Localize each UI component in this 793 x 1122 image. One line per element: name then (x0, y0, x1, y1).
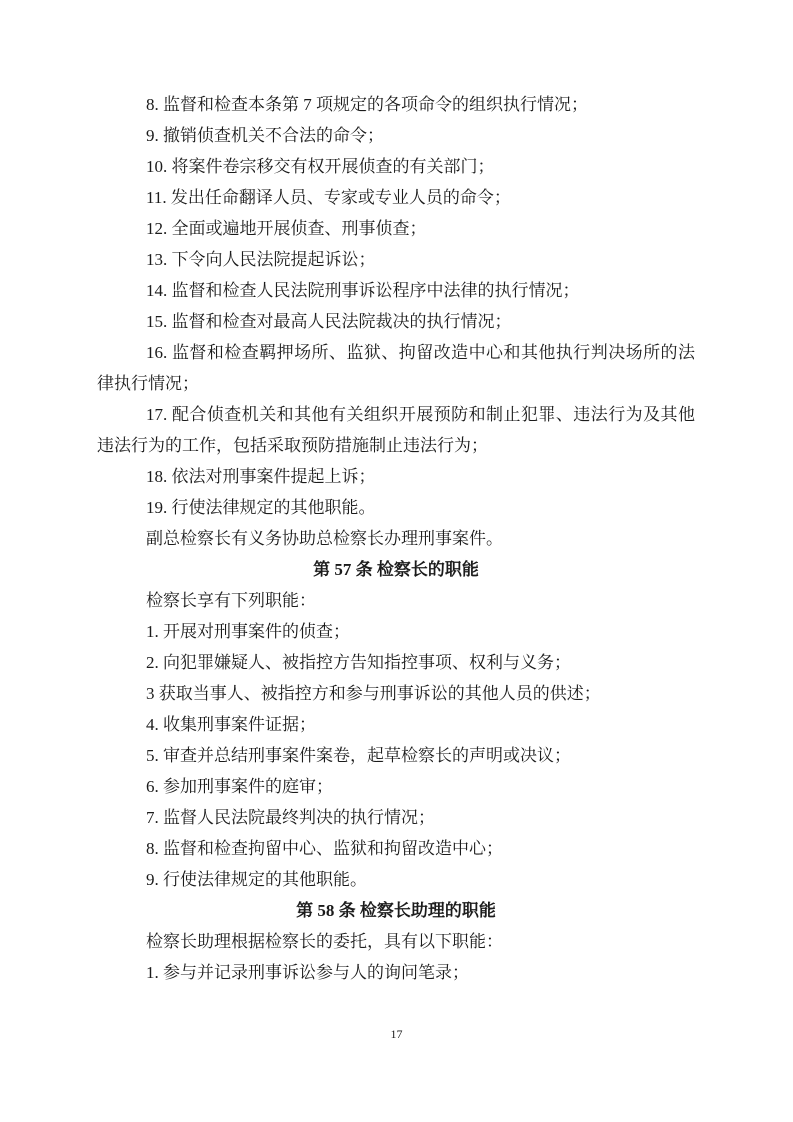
article-57-item-6: 6. 参加刑事案件的庭审； (97, 771, 695, 802)
document-page: 8. 监督和检查本条第 7 项规定的各项命令的组织执行情况； 9. 撤销侦查机关… (0, 0, 793, 1122)
article-57-item-8: 8. 监督和检查拘留中心、监狱和拘留改造中心； (97, 833, 695, 864)
article-57-item-2: 2. 向犯罪嫌疑人、被指控方告知指控事项、权利与义务； (97, 647, 695, 678)
list-item-13: 13. 下令向人民法院提起诉讼； (97, 244, 695, 275)
article-58-intro: 检察长助理根据检察长的委托，具有以下职能： (97, 926, 695, 957)
article-57-item-5: 5. 审查并总结刑事案件案卷，起草检察长的声明或决议； (97, 740, 695, 771)
article-57-heading: 第 57 条 检察长的职能 (97, 554, 695, 585)
list-item-8: 8. 监督和检查本条第 7 项规定的各项命令的组织执行情况； (97, 89, 695, 120)
list-item-14: 14. 监督和检查人民法院刑事诉讼程序中法律的执行情况； (97, 275, 695, 306)
list-item-16: 16. 监督和检查羁押场所、监狱、拘留改造中心和其他执行判决场所的法律执行情况； (97, 337, 695, 399)
document-body: 8. 监督和检查本条第 7 项规定的各项命令的组织执行情况； 9. 撤销侦查机关… (97, 89, 695, 988)
article-57-item-7: 7. 监督人民法院最终判决的执行情况； (97, 802, 695, 833)
article-57-item-1: 1. 开展对刑事案件的侦查； (97, 616, 695, 647)
closing-sentence-deputy-prosecutor: 副总检察长有义务协助总检察长办理刑事案件。 (97, 523, 695, 554)
article-57-item-9: 9. 行使法律规定的其他职能。 (97, 864, 695, 895)
article-57-item-4: 4. 收集刑事案件证据； (97, 709, 695, 740)
article-58-item-1: 1. 参与并记录刑事诉讼参与人的询问笔录； (97, 957, 695, 988)
list-item-11: 11. 发出任命翻译人员、专家或专业人员的命令； (97, 182, 695, 213)
list-item-18: 18. 依法对刑事案件提起上诉； (97, 461, 695, 492)
article-58-heading: 第 58 条 检察长助理的职能 (97, 895, 695, 926)
list-item-15: 15. 监督和检查对最高人民法院裁决的执行情况； (97, 306, 695, 337)
list-item-10: 10. 将案件卷宗移交有权开展侦查的有关部门； (97, 151, 695, 182)
list-item-17: 17. 配合侦查机关和其他有关组织开展预防和制止犯罪、违法行为及其他违法行为的工… (97, 399, 695, 461)
article-57-item-3: 3 获取当事人、被指控方和参与刑事诉讼的其他人员的供述； (97, 678, 695, 709)
article-57-intro: 检察长享有下列职能： (97, 585, 695, 616)
page-number: 17 (0, 1026, 793, 1042)
list-item-9: 9. 撤销侦查机关不合法的命令； (97, 120, 695, 151)
list-item-12: 12. 全面或遍地开展侦查、刑事侦查； (97, 213, 695, 244)
list-item-19: 19. 行使法律规定的其他职能。 (97, 492, 695, 523)
